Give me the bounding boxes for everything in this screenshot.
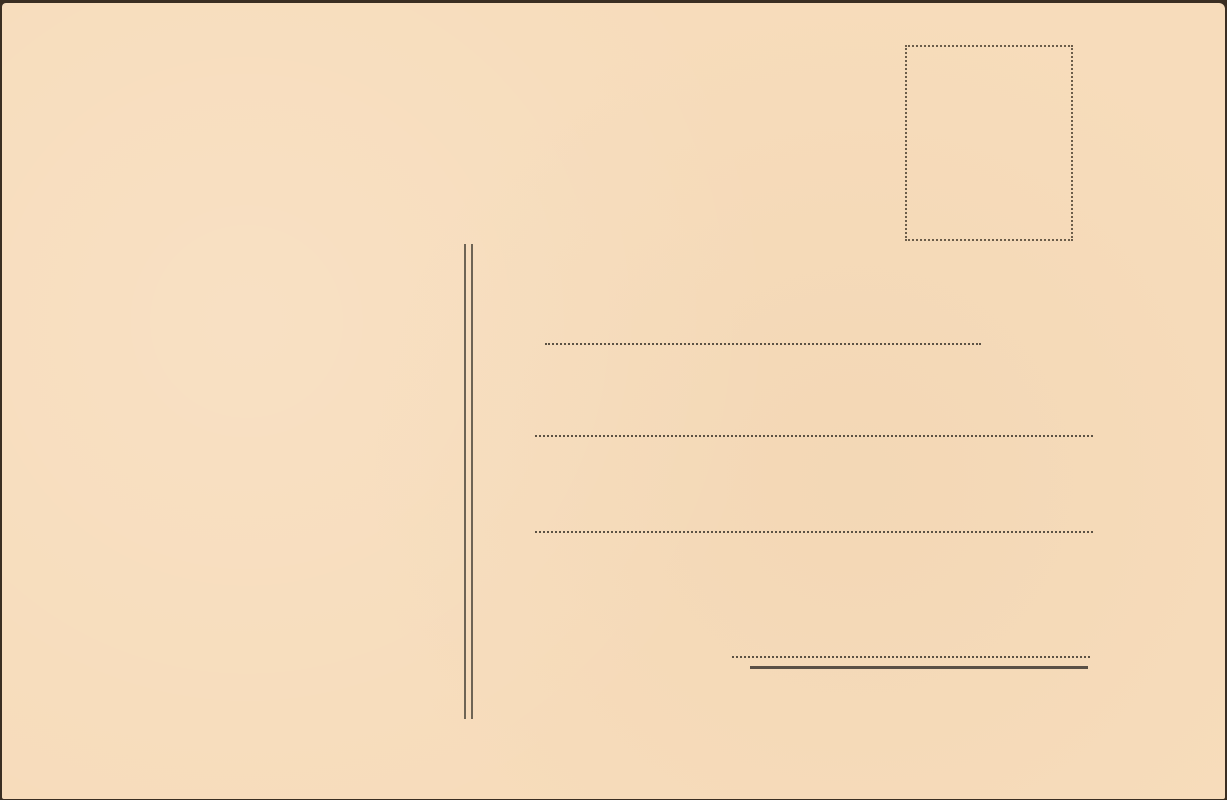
- address-line-4: [732, 656, 1090, 658]
- divider-line-right: [471, 244, 473, 719]
- address-line-1: [545, 343, 981, 345]
- postcard-back: [2, 3, 1225, 799]
- divider-line-left: [464, 244, 466, 719]
- address-line-2: [535, 435, 1093, 437]
- address-line-3: [535, 531, 1093, 533]
- stamp-placeholder-box: [905, 45, 1073, 241]
- address-underline: [750, 666, 1088, 669]
